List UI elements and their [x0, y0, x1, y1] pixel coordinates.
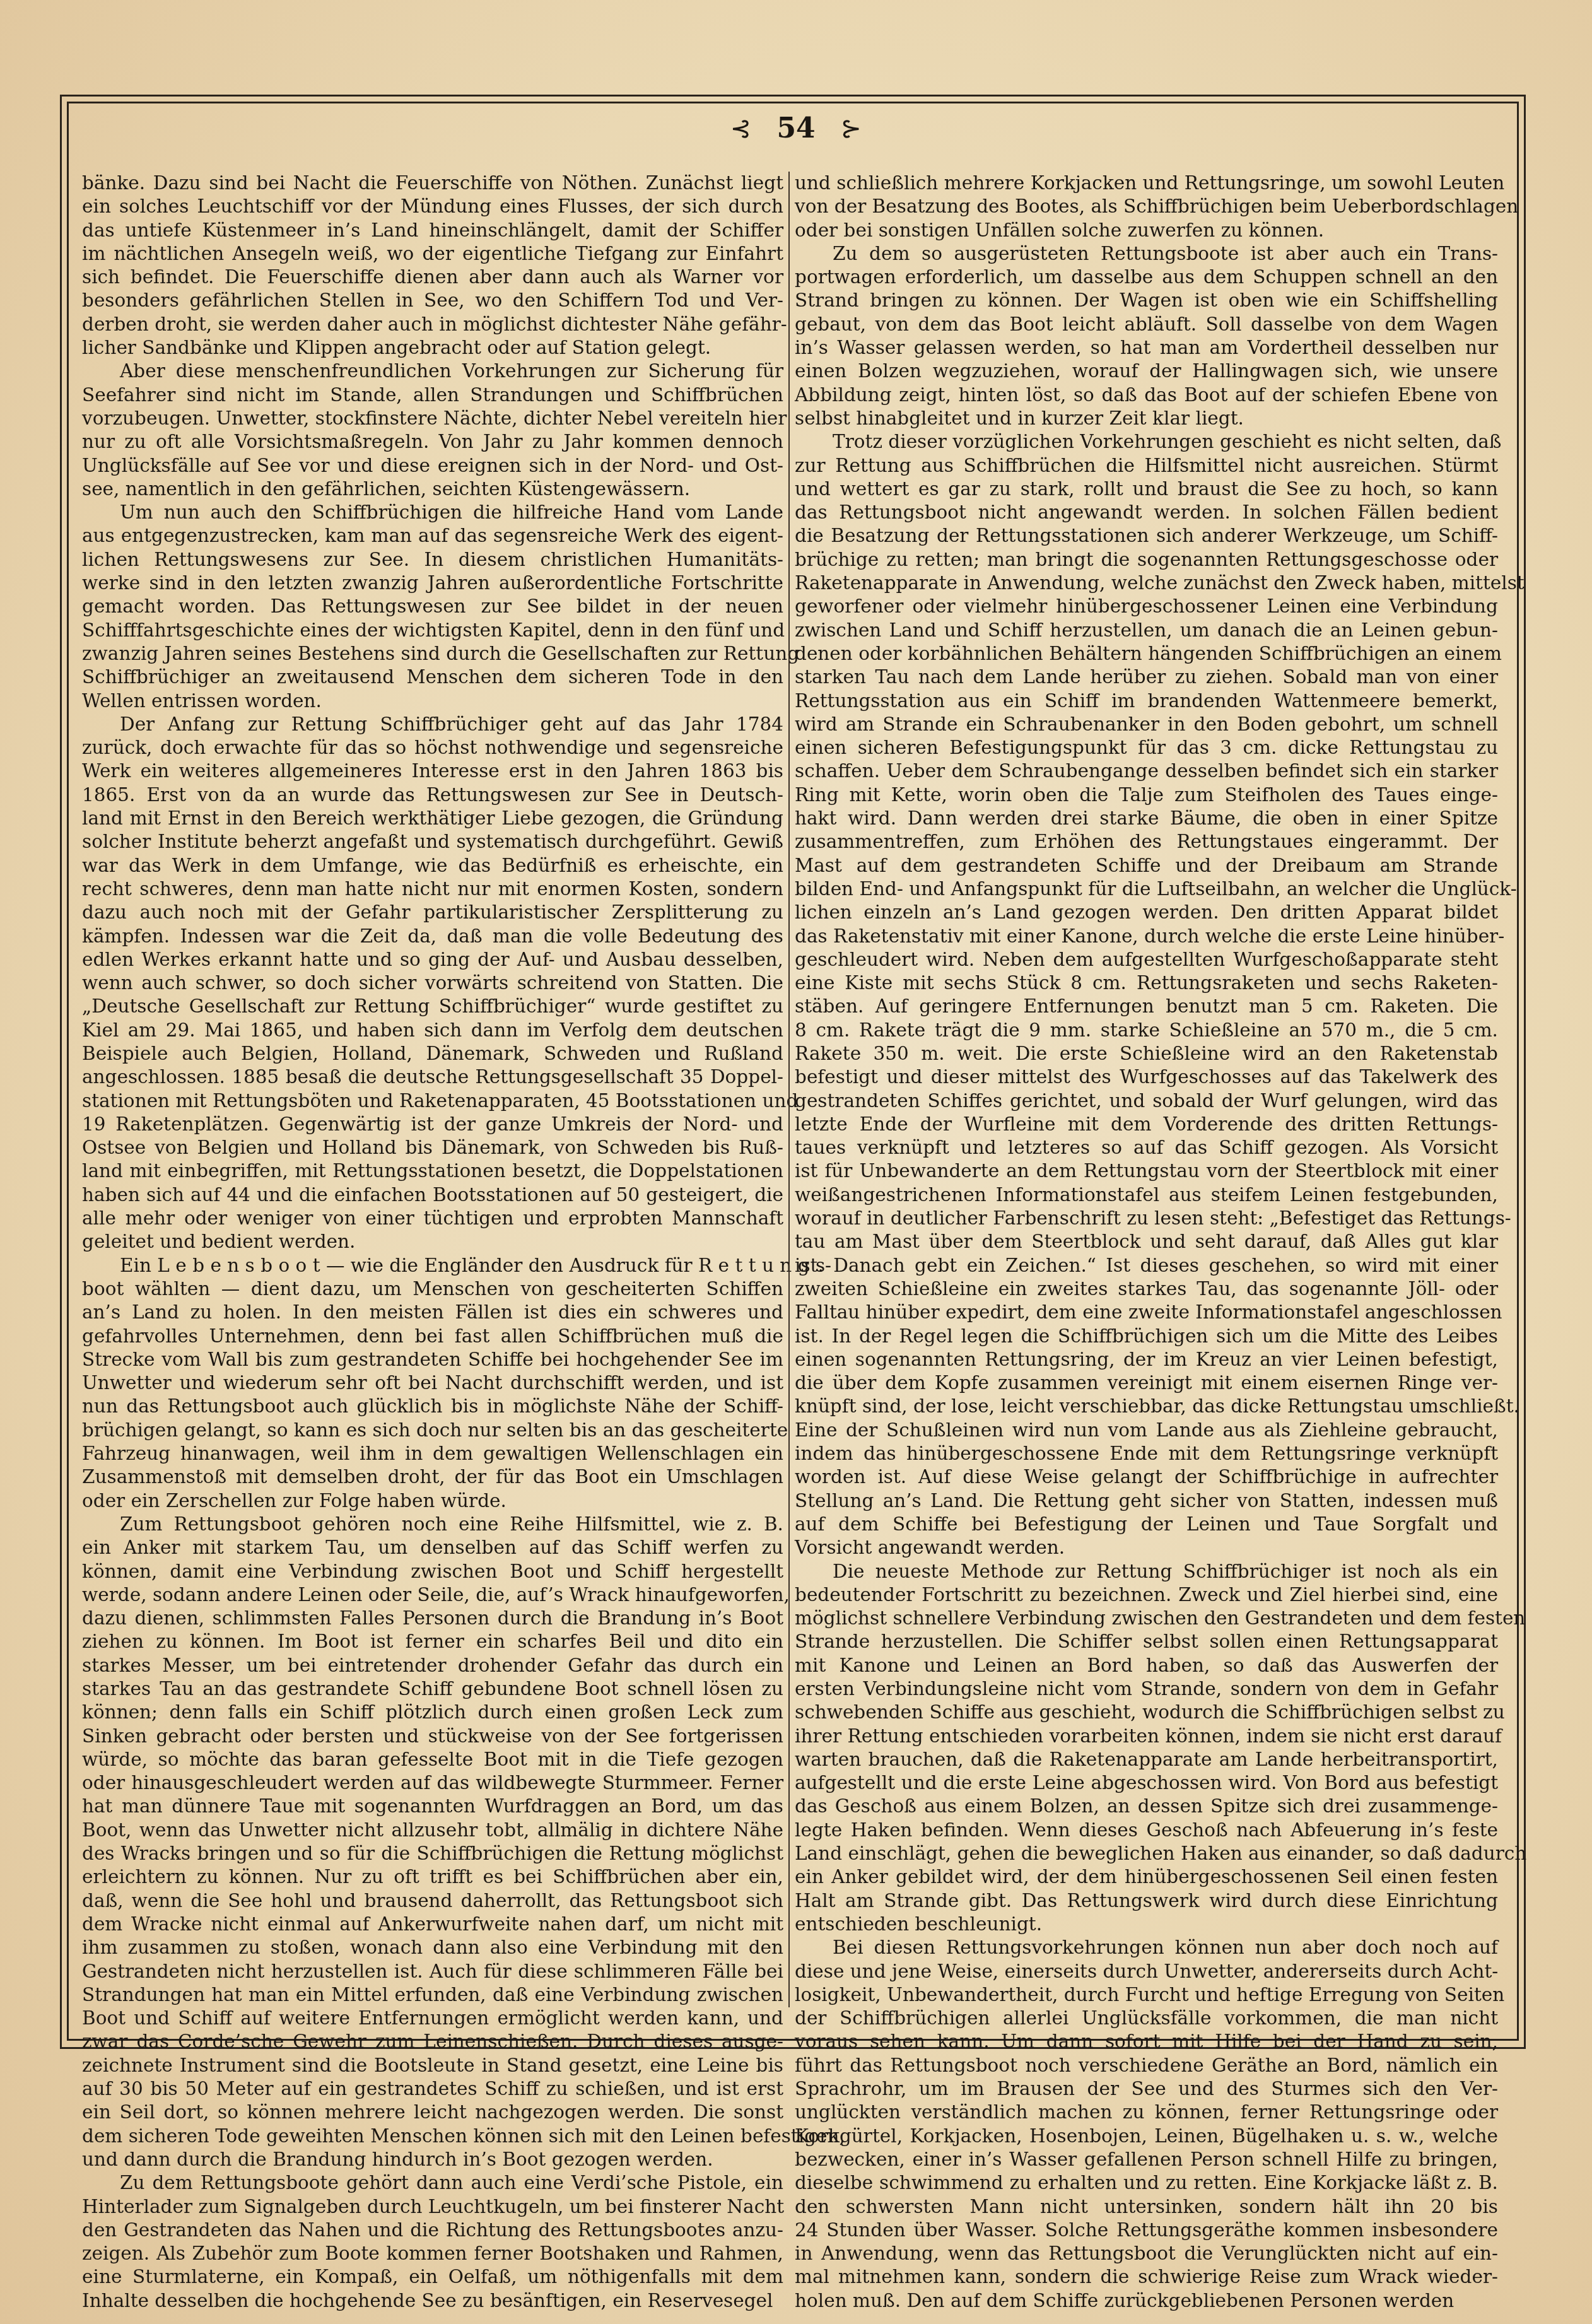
text-line: zwanzig Jahren seines Bestehens sind dur… — [82, 642, 783, 666]
text-line: starkes Tau an das gestrandete Schiff ge… — [82, 1677, 783, 1701]
paragraph: Zum Rettungsboot gehören noch eine Reihe… — [82, 1513, 783, 2171]
text-line: mal mitnehmen kann, sondern die schwieri… — [795, 2265, 1498, 2289]
text-line: zurück, doch erwachte für das so höchst … — [82, 736, 783, 760]
text-line: können, damit eine Verbindung zwischen B… — [82, 1560, 783, 1583]
text-line: portwagen erforderlich, um dasselbe aus … — [795, 266, 1498, 289]
text-line: auf 30 bis 50 Meter auf ein gestrandetes… — [82, 2077, 783, 2101]
text-line: oder hinausgeschleudert werden auf das w… — [82, 1771, 783, 1795]
paragraph: Bei diesen Rettungsvorkehrungen können n… — [795, 1936, 1498, 2313]
text-line: alle mehr oder weniger von einer tüchtig… — [82, 1207, 783, 1230]
text-line: nun das Rettungsboot auch glücklich bis … — [82, 1395, 783, 1418]
text-line: Fahrzeug hinanwagen, weil ihm in dem gew… — [82, 1442, 783, 1465]
text-line: 1865. Erst von da an wurde das Rettungsw… — [82, 783, 783, 807]
text-line: 19 Raketenplätzen. Gegenwärtig ist der g… — [82, 1113, 783, 1136]
text-line: zur Rettung aus Schiffbrüchen die Hilfsm… — [795, 454, 1498, 478]
text-line: oder bei sonstigen Unfällen solche zuwer… — [795, 219, 1498, 242]
text-line: aus entgegenzustrecken, kam man auf das … — [82, 524, 783, 548]
text-line: entschieden beschleunigt. — [795, 1913, 1498, 1936]
text-line: taues verknüpft und letzteres so auf das… — [795, 1136, 1498, 1159]
text-line: Strecke vom Wall bis zum gestrandeten Sc… — [82, 1348, 783, 1371]
text-line: boot wählten — dient dazu, um Menschen v… — [82, 1277, 783, 1301]
paragraph: Die neueste Methode zur Rettung Schiffbr… — [795, 1560, 1498, 1937]
ornament-right-icon: ⊱ — [841, 114, 862, 143]
text-line: den Gestrandeten das Nahen und die Richt… — [82, 2219, 783, 2242]
text-line: mit Kanone und Leinen an Bord haben, so … — [795, 1654, 1498, 1677]
text-line: das untiefe Küstenmeer in’s Land hineins… — [82, 219, 783, 242]
text-line: zeigen. Als Zubehör zum Boote kommen fer… — [82, 2242, 783, 2265]
text-line: brüchige zu retten; man bringt die sogen… — [795, 548, 1498, 572]
text-line: knüpft sind, der lose, leicht verschiebb… — [795, 1395, 1498, 1418]
text-line: wenn auch schwer, so doch sicher vorwärt… — [82, 971, 783, 995]
text-line: Gestrandeten nicht herzustellen ist. Auc… — [82, 1960, 783, 1983]
text-line: Ring mit Kette, worin oben die Talje zum… — [795, 783, 1498, 807]
text-line: worauf in deutlicher Farbenschrift zu le… — [795, 1207, 1498, 1230]
text-column-right: und schließlich mehrere Korkjacken und R… — [795, 172, 1498, 2313]
text-line: worden ist. Auf diese Weise gelangt der … — [795, 1465, 1498, 1489]
text-line: werde, sodann andere Leinen oder Seile, … — [82, 1583, 783, 1607]
paragraph: Ein L e b e n s b o o t — wie die Englän… — [82, 1254, 783, 1513]
text-line: Falltau hinüber expedirt, dem eine zweit… — [795, 1301, 1498, 1324]
text-line: stationen mit Rettungsböten und Raketena… — [82, 1089, 783, 1113]
text-line: Rakete 350 m. weit. Die erste Schießlein… — [795, 1042, 1498, 1065]
text-line: Kiel am 29. Mai 1865, und haben sich dan… — [82, 1019, 783, 1042]
text-line: weißangestrichenen Informationstafel aus… — [795, 1183, 1498, 1207]
text-line: Hinterlader zum Signalgeben durch Leucht… — [82, 2195, 783, 2219]
text-line: solcher Institute beherzt angefaßt und s… — [82, 830, 783, 854]
text-line: Beispiele auch Belgien, Holland, Dänemar… — [82, 1042, 783, 1065]
text-line: an’s Land zu holen. In den meisten Fälle… — [82, 1301, 783, 1324]
column-divider — [788, 172, 790, 2007]
text-line: Zu dem Rettungsboote gehört dann auch ei… — [82, 2171, 783, 2195]
text-line: ein Seil dort, so können mehrere leicht … — [82, 2101, 783, 2124]
text-line: zeichnete Instrument sind die Bootsleute… — [82, 2054, 783, 2077]
text-line: brüchigen gelangt, so kann es sich doch … — [82, 1419, 783, 1442]
paragraph: Zu dem so ausgerüsteten Rettungsboote is… — [795, 242, 1498, 430]
text-line: eine Kiste mit sechs Stück 8 cm. Rettung… — [795, 971, 1498, 995]
text-line: zweiten Schießleine ein zweites starkes … — [795, 1277, 1498, 1301]
text-line: Zum Rettungsboot gehören noch eine Reihe… — [82, 1513, 783, 1536]
text-line: schaffen. Ueber dem Schraubengange desse… — [795, 760, 1498, 783]
text-line: ziehen zu können. Im Boot ist ferner ein… — [82, 1630, 783, 1653]
text-line: losigkeit, Unbewandertheit, durch Furcht… — [795, 1983, 1498, 2007]
text-line: Korkgürtel, Korkjacken, Hosenbojen, Lein… — [795, 2125, 1498, 2148]
text-line: ist für Unbewanderte an dem Rettungstau … — [795, 1159, 1498, 1183]
text-line: dazu dienen, schlimmsten Falles Personen… — [82, 1607, 783, 1630]
text-line: zwar das Corde’sche Gewehr zum Leinensch… — [82, 2030, 783, 2053]
text-line: bedeutender Fortschritt zu bezeichnen. Z… — [795, 1583, 1498, 1607]
text-line: Rettungsstation aus ein Schiff im brande… — [795, 690, 1498, 713]
text-line: Zu dem so ausgerüsteten Rettungsboote is… — [795, 242, 1498, 266]
paragraph: Der Anfang zur Rettung Schiffbrüchiger g… — [82, 713, 783, 1254]
text-line: see, namentlich in den gefährlichen, sei… — [82, 478, 783, 501]
text-line: gefahrvolles Unternehmen, denn bei fast … — [82, 1325, 783, 1348]
text-line: werke sind in den letzten zwanzig Jahren… — [82, 572, 783, 595]
text-line: dem sicheren Tode geweihten Menschen kön… — [82, 2125, 783, 2148]
text-line: derben droht, sie werden daher auch in m… — [82, 313, 783, 336]
text-line: war das Werk in dem Umfange, wie das Bed… — [82, 854, 783, 877]
text-line: tau am Mast über dem Steertblock und seh… — [795, 1230, 1498, 1253]
paragraph: Trotz dieser vorzüglichen Vorkehrungen g… — [795, 430, 1498, 1559]
text-line: hat man dünnere Taue mit sogenannten Wur… — [82, 1795, 783, 1818]
text-line: einen sicheren Befestigungspunkt für das… — [795, 736, 1498, 760]
text-line: gebaut, von dem das Boot leicht abläuft.… — [795, 313, 1498, 336]
text-line: Werk ein weiteres allgemeineres Interess… — [82, 760, 783, 783]
text-line: haben sich auf 44 und die einfachen Boot… — [82, 1183, 783, 1207]
text-line: bezwecken, einer in’s Wasser gefallenen … — [795, 2148, 1498, 2171]
text-line: Ein L e b e n s b o o t — wie die Englän… — [82, 1254, 783, 1277]
text-line: ihm zusammen zu stoßen, wonach dann also… — [82, 1936, 783, 1959]
text-line: Sinken gebracht oder bersten und stückwe… — [82, 1725, 783, 1748]
text-line: auf dem Schiffe bei Befestigung der Lein… — [795, 1513, 1498, 1536]
text-line: 24 Stunden über Wasser. Solche Rettungsg… — [795, 2219, 1498, 2242]
text-line: Vorsicht angewandt werden. — [795, 1536, 1498, 1559]
text-line: einen Bolzen wegzuziehen, worauf der Hal… — [795, 360, 1498, 383]
text-line: aufgestellt und die erste Leine abgescho… — [795, 1771, 1498, 1795]
text-line: Raketenapparate in Anwendung, welche zun… — [795, 572, 1498, 595]
text-line: Stellung an’s Land. Die Rettung geht sic… — [795, 1489, 1498, 1513]
text-line: gestrandeten Schiffes gerichtet, und sob… — [795, 1089, 1498, 1113]
text-line: ist. In der Regel legen die Schiffbrüchi… — [795, 1325, 1498, 1348]
text-line: ihrer Rettung entschieden vorarbeiten kö… — [795, 1725, 1498, 1748]
text-line: angeschlossen. 1885 besaß die deutsche R… — [82, 1065, 783, 1089]
text-line: 8 cm. Rakete trägt die 9 mm. starke Schi… — [795, 1019, 1498, 1042]
text-line: indem das hinübergeschossene Ende mit de… — [795, 1442, 1498, 1465]
text-line: ein Anker mit starkem Tau, um denselben … — [82, 1536, 783, 1559]
text-line: befestigt und dieser mittelst des Wurfge… — [795, 1065, 1498, 1089]
paragraph: bänke. Dazu sind bei Nacht die Feuerschi… — [82, 172, 783, 360]
text-line: dieselbe schwimmend zu erhalten und zu r… — [795, 2171, 1498, 2195]
text-line: wird am Strande ein Schraubenanker in de… — [795, 713, 1498, 736]
text-line: starkes Messer, um bei eintretender droh… — [82, 1654, 783, 1677]
paragraph: Aber diese menschenfreundlichen Vorkehru… — [82, 360, 783, 501]
text-line: geschleudert wird. Neben dem aufgestellt… — [795, 948, 1498, 971]
text-line: legte Haken befinden. Wenn dieses Gescho… — [795, 1819, 1498, 1842]
text-line: warten brauchen, daß die Raketenapparate… — [795, 1748, 1498, 1771]
text-line: Strande herzustellen. Die Schiffer selbs… — [795, 1630, 1498, 1653]
page-number: 54 — [776, 112, 815, 144]
text-line: lichen einzeln an’s Land gezogen werden.… — [795, 901, 1498, 924]
text-line: voraus sehen kann. Um dann sofort mit Hi… — [795, 2030, 1498, 2053]
text-line: Boot und Schiff auf weitere Entfernungen… — [82, 2007, 783, 2030]
text-line: Eine der Schußleinen wird nun vom Lande … — [795, 1419, 1498, 1442]
text-line: unglückten verständlich machen zu können… — [795, 2101, 1498, 2124]
text-line: ist. Danach gebt ein Zeichen.“ Ist diese… — [795, 1254, 1498, 1277]
paragraph: Zu dem Rettungsboote gehört dann auch ei… — [82, 2171, 783, 2313]
text-line: Aber diese menschenfreundlichen Vorkehru… — [82, 360, 783, 383]
text-line: die über dem Kopfe zusammen vereinigt mi… — [795, 1371, 1498, 1395]
text-line: edlen Werkes erkannt hatte und so ging d… — [82, 948, 783, 971]
text-line: und wettert es gar zu stark, rollt und b… — [795, 478, 1498, 501]
text-line: ein solches Leuchtschiff vor der Mündung… — [82, 195, 783, 218]
text-line: gemacht worden. Das Rettungswesen zur Se… — [82, 595, 783, 618]
text-line: geworfener oder vielmehr hinübergeschoss… — [795, 595, 1498, 618]
text-line: das Geschoß aus einem Bolzen, an dessen … — [795, 1795, 1498, 1818]
text-line: Abbildung zeigt, hinten löst, so daß das… — [795, 384, 1498, 407]
text-line: Der Anfang zur Rettung Schiffbrüchiger g… — [82, 713, 783, 736]
text-line: führt das Rettungsboot noch verschiedene… — [795, 2054, 1498, 2077]
text-line: möglichst schnellere Verbindung zwischen… — [795, 1607, 1498, 1630]
text-line: Inhalte desselben die hochgehende See zu… — [82, 2289, 783, 2313]
text-line: der Schiffbrüchigen allerlei Unglücksfäl… — [795, 2007, 1498, 2030]
text-line: recht schweres, denn man hatte nicht nur… — [82, 877, 783, 901]
text-line: eine Sturmlaterne, ein Kompaß, ein Oelfa… — [82, 2265, 783, 2289]
text-line: Die neueste Methode zur Rettung Schiffbr… — [795, 1560, 1498, 1583]
text-line: lichen Rettungswesens zur See. In diesem… — [82, 548, 783, 572]
text-line: Land einschlägt, gehen die beweglichen H… — [795, 1842, 1498, 1865]
text-line: des Wracks bringen und so für die Schiff… — [82, 1842, 783, 1865]
paragraph: Um nun auch den Schiffbrüchigen die hilf… — [82, 501, 783, 713]
text-line: von der Besatzung des Bootes, als Schiff… — [795, 195, 1498, 218]
text-line: ersten Verbindungsleine nicht vom Strand… — [795, 1677, 1498, 1701]
ornament-left-icon: ⊰ — [730, 114, 752, 143]
text-line: Um nun auch den Schiffbrüchigen die hilf… — [82, 501, 783, 524]
text-line: Seefahrer sind nicht im Stande, allen St… — [82, 384, 783, 407]
text-line: denen oder korbähnlichen Behältern hänge… — [795, 642, 1498, 666]
text-line: Zusammenstoß mit demselben droht, der fü… — [82, 1465, 783, 1489]
text-line: und dann durch die Brandung hindurch in’… — [82, 2148, 783, 2171]
text-line: stäben. Auf geringere Entfernungen benut… — [795, 995, 1498, 1018]
text-line: ein Anker gebildet wird, der dem hinüber… — [795, 1865, 1498, 1889]
text-line: land mit Ernst in den Bereich werkthätig… — [82, 807, 783, 830]
text-line: Trotz dieser vorzüglichen Vorkehrungen g… — [795, 430, 1498, 454]
text-line: einen sogenannten Rettungsring, der im K… — [795, 1348, 1498, 1371]
text-line: Unwetter und wiederum sehr oft bei Nacht… — [82, 1371, 783, 1395]
text-line: dazu auch noch mit der Gefahr partikular… — [82, 901, 783, 924]
text-line: Halt am Strande gibt. Das Rettungswerk w… — [795, 1889, 1498, 1913]
text-line: Wellen entrissen worden. — [82, 690, 783, 713]
text-column-left: bänke. Dazu sind bei Nacht die Feuerschi… — [82, 172, 783, 2313]
text-line: Strandungen hat man ein Mittel erfunden,… — [82, 1983, 783, 2007]
text-line: zusammentreffen, zum Erhöhen des Rettung… — [795, 830, 1498, 854]
text-line: Unglücksfälle auf See vor und diese erei… — [82, 454, 783, 478]
text-line: das Rettungsboot nicht angewandt werden.… — [795, 501, 1498, 524]
text-line: Schiffbrüchiger an zweitausend Menschen … — [82, 666, 783, 689]
text-line: selbst hinabgleitet und in kurzer Zeit k… — [795, 407, 1498, 430]
text-line: vorzubeugen. Unwetter, stockfinstere Näc… — [82, 407, 783, 430]
text-line: im nächtlichen Ansegeln weiß, wo der eig… — [82, 242, 783, 266]
text-line: bilden End- und Anfangspunkt für die Luf… — [795, 877, 1498, 901]
text-line: Boot, wenn das Unwetter nicht allzusehr … — [82, 1819, 783, 1842]
text-line: letzte Ende der Wurfleine mit dem Vorder… — [795, 1113, 1498, 1136]
text-line: die Besatzung der Rettungsstationen sich… — [795, 524, 1498, 548]
text-line: das Raketenstativ mit einer Kanone, durc… — [795, 925, 1498, 948]
text-line: „Deutsche Gesellschaft zur Rettung Schif… — [82, 995, 783, 1018]
text-line: würde, so möchte das baran gefesselte Bo… — [82, 1748, 783, 1771]
text-line: erleichtern zu können. Nur zu oft trifft… — [82, 1865, 783, 1889]
text-line: schwebenden Schiffe aus geschieht, wodur… — [795, 1701, 1498, 1724]
text-line: dem Wracke nicht einmal auf Ankerwurfwei… — [82, 1913, 783, 1936]
text-line: oder ein Zerschellen zur Folge haben wür… — [82, 1489, 783, 1513]
text-line: besonders gefährlichen Stellen in See, w… — [82, 289, 783, 312]
text-line: können; denn falls ein Schiff plötzlich … — [82, 1701, 783, 1724]
text-line: bänke. Dazu sind bei Nacht die Feuerschi… — [82, 172, 783, 195]
text-line: nur zu oft alle Vorsichtsmaßregeln. Von … — [82, 430, 783, 454]
paragraph: und schließlich mehrere Korkjacken und R… — [795, 172, 1498, 242]
text-line: Bei diesen Rettungsvorkehrungen können n… — [795, 1936, 1498, 1959]
text-line: Ostsee von Belgien und Holland bis Dänem… — [82, 1136, 783, 1159]
text-line: geleitet und bedient werden. — [82, 1230, 783, 1253]
text-line: zwischen Land und Schiff herzustellen, u… — [795, 619, 1498, 642]
text-line: und schließlich mehrere Korkjacken und R… — [795, 172, 1498, 195]
text-line: licher Sandbänke und Klippen angebracht … — [82, 336, 783, 360]
page-header: ⊰ 54 ⊱ — [0, 112, 1592, 144]
text-line: diese und jene Weise, einerseits durch U… — [795, 1960, 1498, 1983]
text-line: in’s Wasser gelassen werden, so hat man … — [795, 336, 1498, 360]
text-line: kämpfen. Indessen war die Zeit da, daß m… — [82, 925, 783, 948]
text-line: sich befindet. Die Feuerschiffe dienen a… — [82, 266, 783, 289]
text-line: den schwersten Mann nicht untersinken, s… — [795, 2195, 1498, 2219]
text-line: in Anwendung, wenn das Rettungsboot die … — [795, 2242, 1498, 2265]
text-line: daß, wenn die See hohl und brausend dahe… — [82, 1889, 783, 1913]
text-line: hakt wird. Dann werden drei starke Bäume… — [795, 807, 1498, 830]
text-line: Strand bringen zu können. Der Wagen ist … — [795, 289, 1498, 312]
text-line: Schifffahrtsgeschichte eines der wichtig… — [82, 619, 783, 642]
text-line: Sprachrohr, um im Brausen der See und de… — [795, 2077, 1498, 2101]
text-line: Mast auf dem gestrandeten Schiffe und de… — [795, 854, 1498, 877]
text-line: holen muß. Den auf dem Schiffe zurückgeb… — [795, 2289, 1498, 2313]
text-line: land mit einbegriffen, mit Rettungsstati… — [82, 1159, 783, 1183]
text-line: starken Tau nach dem Lande herüber zu zi… — [795, 666, 1498, 689]
